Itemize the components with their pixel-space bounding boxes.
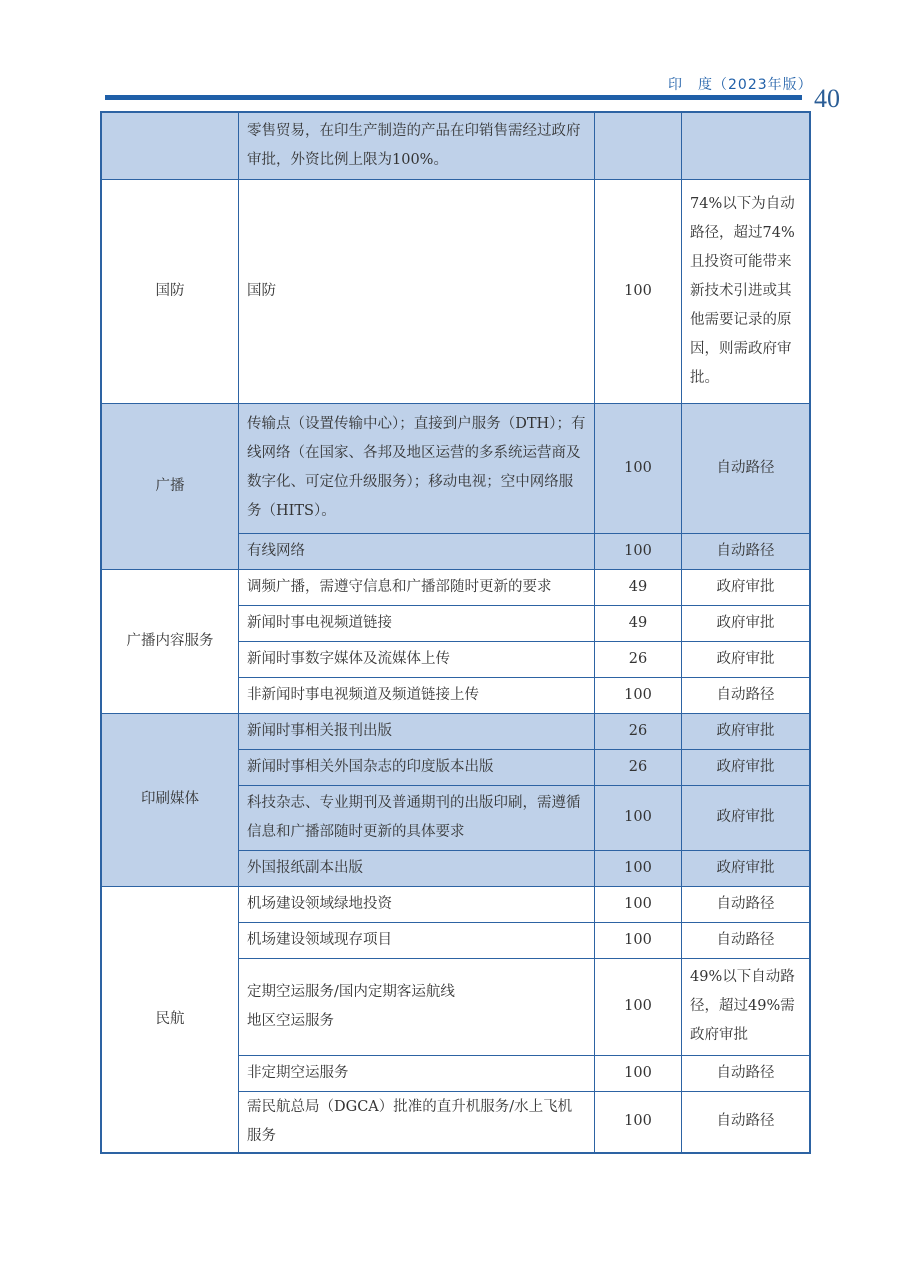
table-row: 零售贸易，在印生产制造的产品在印销售需经过政府审批，外资比例上限为100%。 xyxy=(101,112,810,179)
cap-cell: 100 xyxy=(595,403,682,533)
table-row: 广播 传输点（设置传输中心）；直接到户服务（DTH）；有线网络（在国家、各邦及地… xyxy=(101,403,810,533)
cap-cell: 26 xyxy=(595,749,682,785)
cap-cell: 100 xyxy=(595,1055,682,1091)
route-cell: 自动路径 xyxy=(682,403,811,533)
route-cell: 49%以下自动路径，超过49%需政府审批 xyxy=(682,958,811,1055)
sector-cell: 国防 xyxy=(101,179,239,403)
cap-cell xyxy=(595,112,682,179)
item-cell: 外国报纸副本出版 xyxy=(239,850,595,886)
table-row: 印刷媒体 新闻时事相关报刊出版 26 政府审批 xyxy=(101,713,810,749)
table-row: 国防 国防 100 74%以下为自动路径，超过74%且投资可能带来新技术引进或其… xyxy=(101,179,810,403)
route-cell: 自动路径 xyxy=(682,677,811,713)
item-cell: 新闻时事相关报刊出版 xyxy=(239,713,595,749)
route-cell: 74%以下为自动路径，超过74%且投资可能带来新技术引进或其他需要记录的原因，则… xyxy=(682,179,811,403)
cap-cell: 49 xyxy=(595,605,682,641)
item-cell: 需民航总局（DGCA）批准的直升机服务/水上飞机服务 xyxy=(239,1091,595,1153)
item-cell: 国防 xyxy=(239,179,595,403)
route-cell: 政府审批 xyxy=(682,785,811,850)
item-cell: 新闻时事数字媒体及流媒体上传 xyxy=(239,641,595,677)
item-cell: 非新闻时事电视频道及频道链接上传 xyxy=(239,677,595,713)
route-cell: 政府审批 xyxy=(682,641,811,677)
route-cell: 政府审批 xyxy=(682,850,811,886)
cap-cell: 100 xyxy=(595,886,682,922)
item-cell: 有线网络 xyxy=(239,533,595,569)
item-cell: 机场建设领域现存项目 xyxy=(239,922,595,958)
header-rule xyxy=(105,95,802,100)
route-cell: 自动路径 xyxy=(682,1091,811,1153)
route-cell: 政府审批 xyxy=(682,605,811,641)
sector-cell: 印刷媒体 xyxy=(101,713,239,886)
route-cell: 政府审批 xyxy=(682,713,811,749)
cap-cell: 26 xyxy=(595,641,682,677)
sector-cell: 广播内容服务 xyxy=(101,569,239,713)
cap-cell: 100 xyxy=(595,922,682,958)
cap-cell: 100 xyxy=(595,677,682,713)
item-cell: 机场建设领域绿地投资 xyxy=(239,886,595,922)
item-cell: 科技杂志、专业期刊及普通期刊的出版印刷，需遵循信息和广播部随时更新的具体要求 xyxy=(239,785,595,850)
route-cell: 政府审批 xyxy=(682,749,811,785)
running-header-title: 印 度（2023年版） xyxy=(668,74,813,94)
fdi-sector-table: 零售贸易，在印生产制造的产品在印销售需经过政府审批，外资比例上限为100%。 国… xyxy=(100,111,811,1154)
route-cell xyxy=(682,112,811,179)
cap-cell: 26 xyxy=(595,713,682,749)
route-cell: 自动路径 xyxy=(682,1055,811,1091)
cap-cell: 100 xyxy=(595,958,682,1055)
route-cell: 政府审批 xyxy=(682,569,811,605)
cap-cell: 100 xyxy=(595,1091,682,1153)
cap-cell: 100 xyxy=(595,850,682,886)
item-cell: 定期空运服务/国内定期客运航线 地区空运服务 xyxy=(239,958,595,1055)
table-row: 广播内容服务 调频广播，需遵守信息和广播部随时更新的要求 49 政府审批 xyxy=(101,569,810,605)
route-cell: 自动路径 xyxy=(682,533,811,569)
route-cell: 自动路径 xyxy=(682,886,811,922)
sector-cell xyxy=(101,112,239,179)
sector-cell: 民航 xyxy=(101,886,239,1153)
item-cell: 传输点（设置传输中心）；直接到户服务（DTH）；有线网络（在国家、各邦及地区运营… xyxy=(239,403,595,533)
cap-cell: 100 xyxy=(595,533,682,569)
page-number: 40 xyxy=(814,84,840,114)
cap-cell: 100 xyxy=(595,785,682,850)
table-row: 民航 机场建设领域绿地投资 100 自动路径 xyxy=(101,886,810,922)
item-cell: 非定期空运服务 xyxy=(239,1055,595,1091)
cap-cell: 49 xyxy=(595,569,682,605)
sector-cell: 广播 xyxy=(101,403,239,569)
item-cell: 调频广播，需遵守信息和广播部随时更新的要求 xyxy=(239,569,595,605)
cap-cell: 100 xyxy=(595,179,682,403)
item-cell: 新闻时事电视频道链接 xyxy=(239,605,595,641)
route-cell: 自动路径 xyxy=(682,922,811,958)
item-cell: 零售贸易，在印生产制造的产品在印销售需经过政府审批，外资比例上限为100%。 xyxy=(239,112,595,179)
item-cell: 新闻时事相关外国杂志的印度版本出版 xyxy=(239,749,595,785)
